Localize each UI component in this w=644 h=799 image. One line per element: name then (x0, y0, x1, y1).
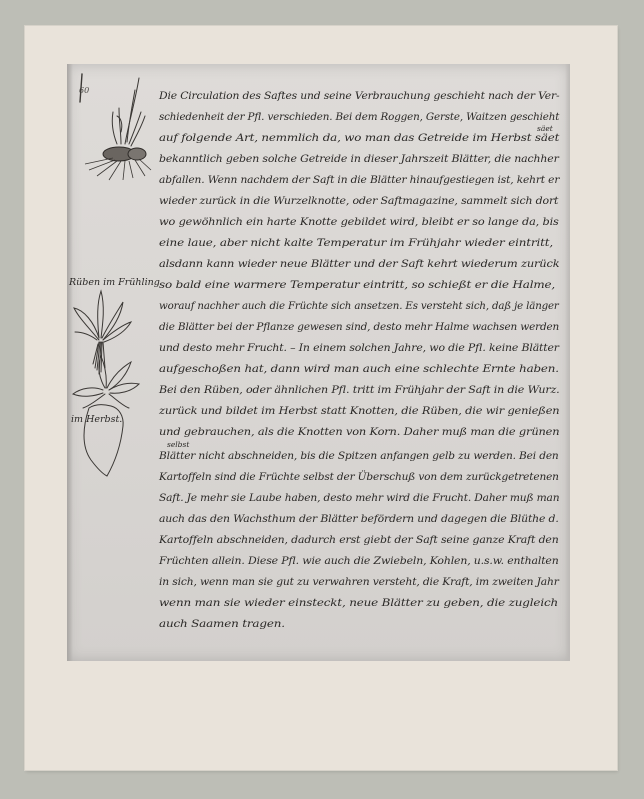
manuscript-line-6: wieder zurück in die Wurzelknotte, oder … (159, 195, 558, 207)
manuscript-line-10: so bald eine warmere Temperatur eintritt… (159, 279, 555, 291)
manuscript-line-11: worauf nachher auch die Früchte sich ans… (159, 300, 559, 312)
manuscript-line-4: bekanntlich geben solche Getreide in die… (159, 153, 559, 165)
manuscript-line-26: auch Saamen tragen. (159, 618, 285, 630)
interlinear-insertion-1: säet (537, 124, 553, 133)
manuscript-line-16: zurück und bildet im Herbst statt Knotte… (159, 405, 559, 417)
manuscript-line-13: und desto mehr Frucht. – In einem solche… (159, 342, 559, 354)
manuscript-photo: 60 Rüben im Frühling (67, 64, 570, 661)
manuscript-line-18: Blätter nicht abschneiden, bis die Spitz… (159, 450, 559, 462)
margin-note-spring: Rüben im Frühling (69, 277, 160, 288)
manuscript-line-2: schiedenheit der Pfl. verschieden. Bei d… (159, 111, 559, 123)
manuscript-line-9: alsdann kann wieder neue Blätter und der… (159, 258, 559, 270)
manuscript-line-20: Saft. Je mehr sie Laube haben, desto meh… (159, 492, 559, 504)
bulb-plant-sketch-icon (77, 72, 157, 182)
manuscript-line-17: und gebrauchen, als die Knotten von Korn… (159, 426, 559, 438)
manuscript-line-23: Früchten allein. Diese Pfl. wie auch die… (159, 555, 559, 567)
manuscript-line-5: abfallen. Wenn nachdem der Saft in die B… (159, 174, 559, 186)
photo-right-shadow (565, 64, 570, 661)
margin-note-autumn: im Herbst. (71, 414, 122, 425)
manuscript-line-1: Die Circulation des Saftes und seine Ver… (159, 90, 559, 102)
interlinear-insertion-2: selbst (167, 440, 189, 449)
manuscript-line-12: die Blätter bei der Pflanze gewesen sind… (159, 321, 559, 333)
manuscript-line-19: Kartoffeln sind die Früchte selbst der Ü… (159, 471, 559, 483)
manuscript-line-21: auch das den Wachsthum der Blätter beför… (159, 513, 559, 525)
manuscript-line-14: aufgeschoßen hat, dann wird man auch ein… (159, 363, 559, 375)
manuscript-line-8: eine laue, aber nicht kalte Temperatur i… (159, 237, 553, 249)
beet-autumn-sketch-icon (67, 348, 147, 478)
manuscript-line-24: in sich, wenn man sie gut zu verwahren v… (159, 576, 559, 588)
manuscript-line-7: wo gewöhnlich ein harte Knotte gebildet … (159, 216, 559, 228)
manuscript-line-3: auf folgende Art, nemmlich da, wo man da… (159, 132, 559, 144)
manuscript-line-22: Kartoffeln abschneiden, dadurch erst gie… (159, 534, 559, 546)
manuscript-line-15: Bei den Rüben, oder ähnlichen Pfl. tritt… (159, 384, 560, 396)
manuscript-line-25: wenn man sie wieder einsteckt, neue Blät… (159, 597, 558, 609)
